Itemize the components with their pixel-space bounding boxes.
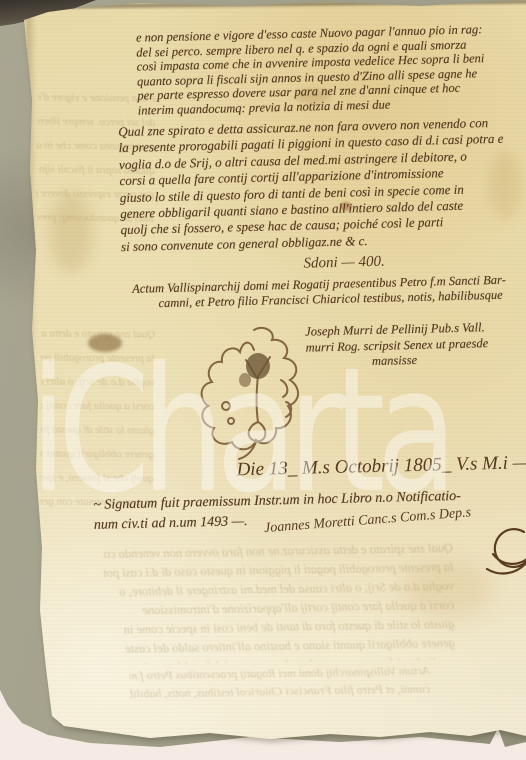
notary-subscription: Joseph Murri de Pellinij Pub.s Vall.murr… [305,320,489,371]
manuscript-page: e non pensione e vigore d'esso caste Nuo… [0,0,526,760]
manuscript-scan: e non pensione e vigore d'esso caste Nuo… [0,0,526,760]
paragraph-lease-terms: e non pensione e vigore d'esso caste Nuo… [136,22,486,118]
actum-clause: Actum Vallispinarchij domi mei Rogatij p… [132,273,506,312]
paragraph-obligation-clause: Qual zne spirato e detta assicuraz.ne no… [118,115,506,256]
amount-line: Sdoni — 400. [303,254,385,273]
manuscript-page-wrap: e non pensione e vigore d'esso caste Nuo… [0,0,526,760]
signature-flourish [484,526,526,576]
notary-seal-drawing [196,320,316,468]
